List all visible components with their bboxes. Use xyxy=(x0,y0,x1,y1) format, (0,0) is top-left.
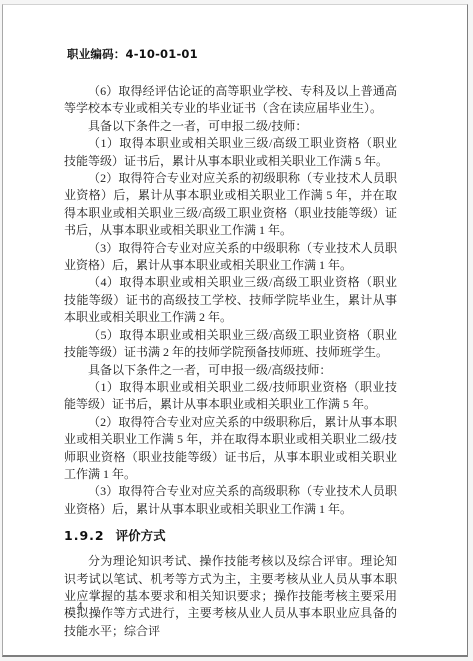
section-heading: 1.9.2评价方式 xyxy=(64,527,397,544)
paragraph-diploma-condition: （6）取得经评估论证的高等职业学校、专科及以上普通高等学校本专业或相关专业的毕业… xyxy=(64,83,397,118)
paragraph-level2-intro: 具备以下条件之一者，可申报二级/技师： xyxy=(64,118,397,135)
paragraph-evaluation-method: 分为理论知识考试、操作技能考核以及综合评审。理论知识考试以笔试、机考等方式为主，… xyxy=(64,553,397,640)
paragraph-level2-condition-3: （3）取得符合专业对应关系的中级职称（专业技术人员职业资格）后，累计从事本职业或… xyxy=(64,240,397,275)
paragraph-level1-intro: 具备以下条件之一者，可申报一级/高级技师： xyxy=(64,362,397,379)
paragraph-level1-condition-3: （3）取得符合专业对应关系的高级职称（专业技术人员职业资格）后，累计从事本职业或… xyxy=(64,483,397,518)
paragraph-level1-condition-2: （2）取得符合专业对应关系的中级职称后，累计从事本职业或相关职业工作满 5 年，… xyxy=(64,414,397,484)
page-number: 4 xyxy=(77,600,83,612)
paragraph-level2-condition-2: （2）取得符合专业对应关系的初级职称（专业技术人员职业资格）后，累计从事本职业或… xyxy=(64,170,397,240)
paragraph-level2-condition-4: （4）取得本职业或相关职业三级/高级工职业资格（职业技能等级）证书的高级技工学校… xyxy=(64,274,397,326)
document-page: 职业编码：4-10-01-01 （6）取得经评估论证的高等职业学校、专科及以上普… xyxy=(2,4,468,657)
page-content: （6）取得经评估论证的高等职业学校、专科及以上普通高等学校本专业或相关专业的毕业… xyxy=(64,83,397,640)
section-number: 1.9.2 xyxy=(64,528,105,543)
paragraph-level2-condition-1: （1）取得本职业或相关职业三级/高级工职业资格（职业技能等级）证书后，累计从事本… xyxy=(64,135,397,170)
paragraph-level1-condition-1: （1）取得本职业或相关职业二级/技师职业资格（职业技能等级）证书后，累计从事本职… xyxy=(64,379,397,414)
paragraph-level2-condition-5: （5）取得本职业或相关职业三级/高级工职业资格（职业技能等级）证书满 2 年的技… xyxy=(64,327,397,362)
section-title: 评价方式 xyxy=(116,528,166,543)
occupation-code-header: 职业编码：4-10-01-01 xyxy=(67,46,198,62)
